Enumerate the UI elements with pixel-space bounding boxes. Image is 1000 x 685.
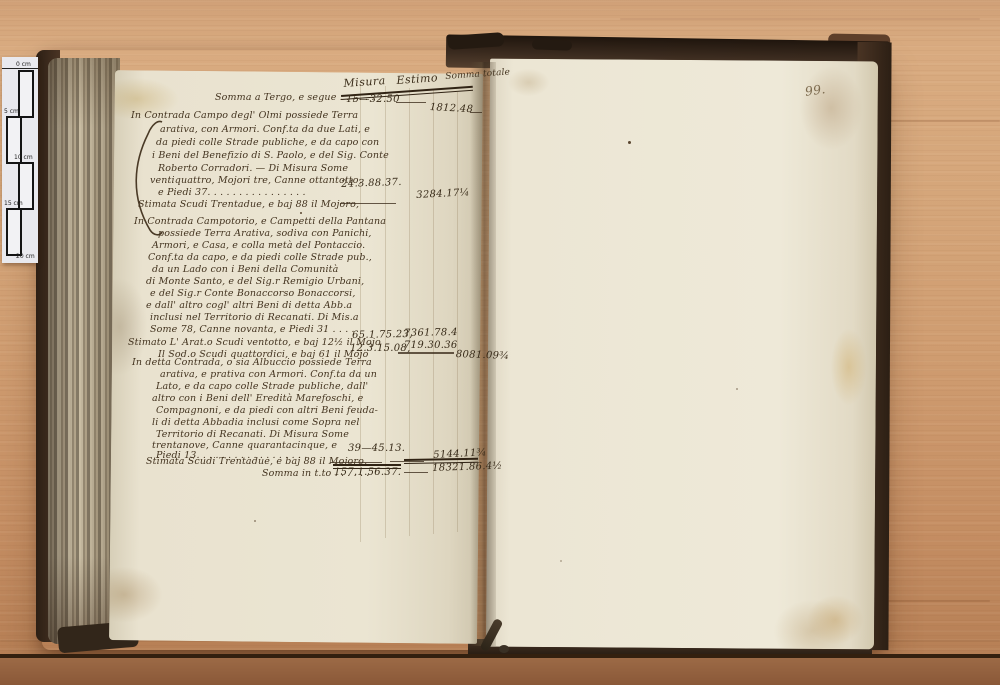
entry3-line: altro con i Beni dell' Eredità Marefosch… [152, 393, 363, 404]
folio-number: 99. [804, 81, 826, 99]
entry2-line: e del Sig.r Conte Bonaccorso Bonaccorsi, [150, 288, 356, 299]
column-rule [409, 88, 410, 536]
entry2-line: Conf.ta da capo, e da piedi colle Strade… [148, 252, 372, 263]
right-page [486, 59, 878, 650]
leader-dash [396, 102, 426, 103]
scale-segment [18, 70, 34, 118]
entry1-line: da piedi colle Strade publiche, e da cap… [156, 137, 379, 148]
scale-bar-line [2, 68, 38, 69]
leader-dash [340, 203, 396, 204]
ink-speck [254, 520, 256, 522]
entry2-stima1-line: Stimato L' Arat.o Scudi ventotto, e baj … [128, 337, 381, 348]
scale-segment [6, 208, 22, 256]
photograph-of-open-ledger: Misura Estimo Somma totale Somma a Tergo… [0, 0, 1000, 685]
scale-label: 10 cm [14, 154, 33, 161]
carry-estimo-value: 1812.48 [429, 102, 473, 115]
entry1-line: arativa, con Armori. Conf.ta da due Lati… [160, 124, 370, 135]
entry1-stima-line: Stimata Scudi Trentadue, e baj 88 il Moj… [138, 199, 359, 210]
entry3-line: Compagnoni, e da piedi con altri Beni fe… [156, 405, 378, 416]
scale-label: 0 cm [16, 61, 31, 68]
entry1-misura-value: 24.3.88.37. [341, 177, 402, 190]
entry2-line: In Contrada Campotorio, e Campetti della… [134, 216, 386, 227]
wood-grain-streak [620, 18, 980, 20]
scale-label: 20 cm [16, 253, 35, 260]
ink-speck [560, 560, 562, 562]
scale-label: 15 cm [4, 200, 23, 207]
entry1-line: i Beni del Benefizio di S. Paolo, e del … [152, 150, 389, 161]
scale-label: 5 cm [4, 108, 19, 115]
entry2-line: possiede Terra Arativa, sodiva con Panic… [158, 228, 372, 239]
entry2-line: da un Lado con i Beni della Comunità [152, 264, 338, 275]
leader-dash [470, 112, 482, 113]
ink-speck [300, 212, 302, 214]
entry3-line: Territorio di Recanati. Di Misura Some [156, 429, 349, 440]
entry1-line: Roberto Corradori. — Di Misura Some [158, 163, 348, 174]
subtotal-rule [398, 352, 454, 354]
leader-dash [330, 462, 382, 463]
entry2-line: e dall' altro cogl' altri Beni di detta … [146, 300, 352, 311]
ink-speck [628, 141, 631, 144]
entry2-line: di Monte Santo, e del Sig.r Remigio Urba… [146, 276, 364, 287]
entry1-line: e Piedi 37. . . . . . . . . . . . . . . … [158, 187, 306, 198]
ink-speck [736, 388, 738, 390]
entry2-subtotal-value: 8081.09¾ [456, 349, 510, 362]
entry1-line: ventiquattro, Mojori tre, Canne ottantot… [150, 175, 362, 186]
entry2-line: inclusi nel Territorio di Recanati. Di M… [150, 312, 359, 323]
headband [532, 39, 572, 50]
entry3-line: Lato, e da capo colle Strade publiche, d… [156, 381, 368, 392]
entry2-line: Some 78, Canne novanta, e Piedi 31 . . .… [150, 324, 355, 335]
entry3-misura-value: 39—45.13. [348, 443, 405, 454]
entry2-estimo2-value: 719.30.36 [404, 340, 458, 351]
leader-dash [404, 472, 428, 473]
entry1-line: In Contrada Campo degl' Olmi possiede Te… [131, 110, 358, 121]
leather-tie-tip [499, 645, 509, 653]
wood-grain-streak [880, 120, 1000, 122]
entry3-line: In detta Contrada, o sia Albuccio possie… [132, 357, 372, 368]
carry-misura-value: 15—32.50 [346, 94, 400, 105]
photo-scale-bar: 0 cm 5 cm 10 cm 15 cm 20 cm [2, 57, 38, 263]
table-front-edge [0, 658, 1000, 685]
entry3-line: arativa, e prativa con Armori. Conf.ta d… [160, 369, 377, 380]
entry2-line: Armori, e Casa, e colla metà del Pontacc… [152, 240, 365, 251]
entry2-estimo1-value: 7361.78.4 [404, 327, 458, 339]
entry3-line: li di detta Abbadia inclusi come Sopra n… [152, 417, 360, 428]
total-misura-value: 157.1.56.37. [334, 467, 401, 478]
